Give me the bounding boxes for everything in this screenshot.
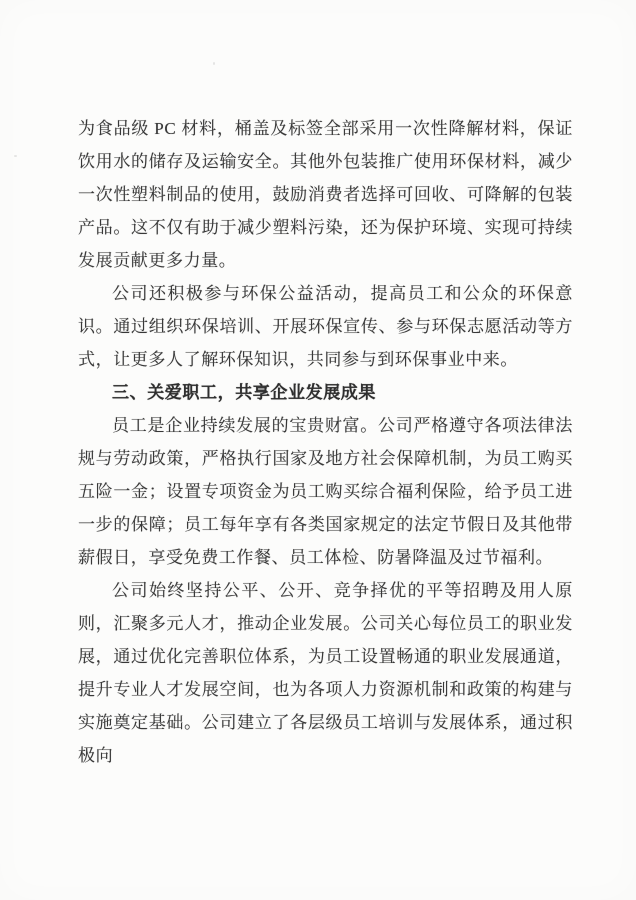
document-text-block: 为食品级 PC 材料，桶盖及标签全部采用一次性降解材料，保证饮用水的储存及运输安…	[78, 112, 573, 772]
paragraph-packaging-materials: 为食品级 PC 材料，桶盖及标签全部采用一次性降解材料，保证饮用水的储存及运输安…	[78, 112, 573, 277]
scan-artifact	[213, 62, 215, 65]
paragraph-recruitment-development: 公司始终坚持公平、公开、竞争择优的平等招聘及用人原则，汇聚多元人才，推动企业发展…	[78, 574, 573, 772]
paragraph-employee-welfare: 员工是企业持续发展的宝贵财富。公司严格遵守各项法律法规与劳动政策，严格执行国家及…	[78, 409, 573, 574]
section-heading-care-for-employees: 三、关爱职工，共享企业发展成果	[78, 376, 573, 409]
scan-artifact	[14, 155, 17, 157]
scanned-document-page: 为食品级 PC 材料，桶盖及标签全部采用一次性降解材料，保证饮用水的储存及运输安…	[0, 0, 636, 900]
paragraph-environmental-activities: 公司还积极参与环保公益活动，提高员工和公众的环保意识。通过组织环保培训、开展环保…	[78, 277, 573, 376]
